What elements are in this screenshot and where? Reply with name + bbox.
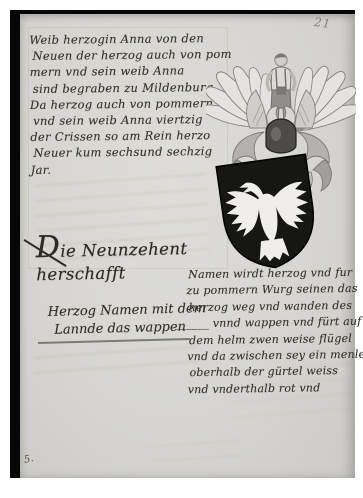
paragraph-line: Da herzog auch von pommern [30, 95, 214, 113]
paragraph-line: Neuer kum sechsund sechzig [33, 143, 214, 161]
coat-of-arms-illustration [206, 22, 356, 274]
paragraph-line: der Crissen so am Rein herzo [30, 127, 214, 145]
right-column-paragraph: Namen wirdt herzog vnd fur zu pommern Wu… [186, 265, 358, 399]
bleedthrough-text [150, 432, 241, 461]
bleedthrough-text [33, 341, 198, 381]
corner-quire-mark: 5. [23, 453, 35, 466]
paragraph-line: vnd sein weib Anna viertzig [33, 111, 214, 129]
paragraph-line: oberhalb der gürtel weiss [189, 363, 357, 382]
paragraph-line: vnd vnderthalb rot vnd [188, 380, 358, 399]
paragraph-line: Jar. [31, 160, 215, 178]
crest-left-wing-icon [206, 63, 273, 133]
paragraph-line: ______ vnnd wappen vnd fürt auf [175, 314, 357, 333]
paragraph-line: Weib herzogin Anna von den [29, 30, 213, 48]
manuscript-page: 21 Weib herzogin Anna von den Neuen der … [20, 14, 355, 478]
paragraph-line: mern vnd sein weib Anna [30, 62, 214, 80]
crest-right-wing-icon [289, 63, 356, 133]
paragraph-line: Neuen der herzog auch von pom [32, 46, 213, 64]
top-left-paragraph: Weib herzogin Anna von den Neuen der her… [29, 30, 215, 178]
helm-icon [266, 119, 296, 153]
paragraph-line: sind begraben zu Mildenburg [33, 79, 214, 97]
manuscript-photo: { "photo": { "background": "#070707", "p… [0, 0, 363, 498]
